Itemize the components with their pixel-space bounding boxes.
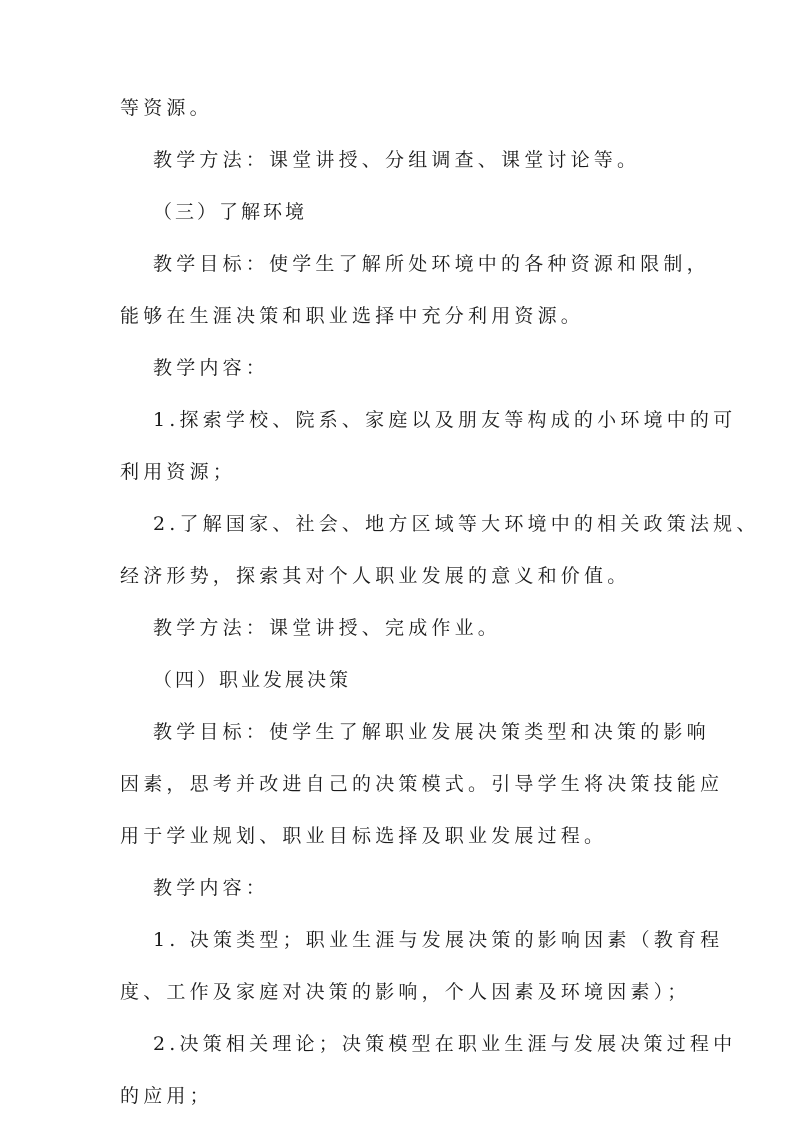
content-item-2-cont: 经济形势，探索其对个人职业发展的意义和价值。 xyxy=(120,556,676,608)
teaching-content-label: 教学内容： xyxy=(120,348,676,400)
section-heading-career-decision: （四）职业发展决策 xyxy=(120,660,676,712)
content-item-1-cont: 利用资源； xyxy=(120,452,676,504)
content-item-2: 2.了解国家、社会、地方区域等大环境中的相关政策法规、 xyxy=(120,504,676,556)
section-heading-understand-environment: （三）了解环境 xyxy=(120,192,676,244)
content-item-1-cont: 度、工作及家庭对决策的影响，个人因素及环境因素）； xyxy=(120,972,676,1024)
teaching-goal-paragraph: 教学目标：使学生了解职业发展决策类型和决策的影响 xyxy=(120,712,676,764)
teaching-content-label: 教学内容： xyxy=(120,868,676,920)
document-page: 等资源。 教学方法：课堂讲授、分组调查、课堂讨论等。 （三）了解环境 教学目标：… xyxy=(120,88,676,1122)
teaching-goal-paragraph-cont: 因素，思考并改进自己的决策模式。引导学生将决策技能应 xyxy=(120,764,676,816)
teaching-goal-paragraph: 教学目标：使学生了解所处环境中的各种资源和限制， xyxy=(120,244,676,296)
teaching-method-paragraph: 教学方法：课堂讲授、完成作业。 xyxy=(120,608,676,660)
teaching-goal-paragraph-cont: 用于学业规划、职业目标选择及职业发展过程。 xyxy=(120,816,676,868)
content-item-1: 1.探索学校、院系、家庭以及朋友等构成的小环境中的可 xyxy=(120,400,676,452)
content-item-2-cont: 的应用； xyxy=(120,1076,676,1122)
content-item-1: 1. 决策类型；职业生涯与发展决策的影响因素（教育程 xyxy=(120,920,676,972)
paragraph-continuation: 等资源。 xyxy=(120,88,676,140)
teaching-method-paragraph: 教学方法：课堂讲授、分组调查、课堂讨论等。 xyxy=(120,140,676,192)
teaching-goal-paragraph-cont: 能够在生涯决策和职业选择中充分利用资源。 xyxy=(120,296,676,348)
content-item-2: 2.决策相关理论；决策模型在职业生涯与发展决策过程中 xyxy=(120,1024,676,1076)
